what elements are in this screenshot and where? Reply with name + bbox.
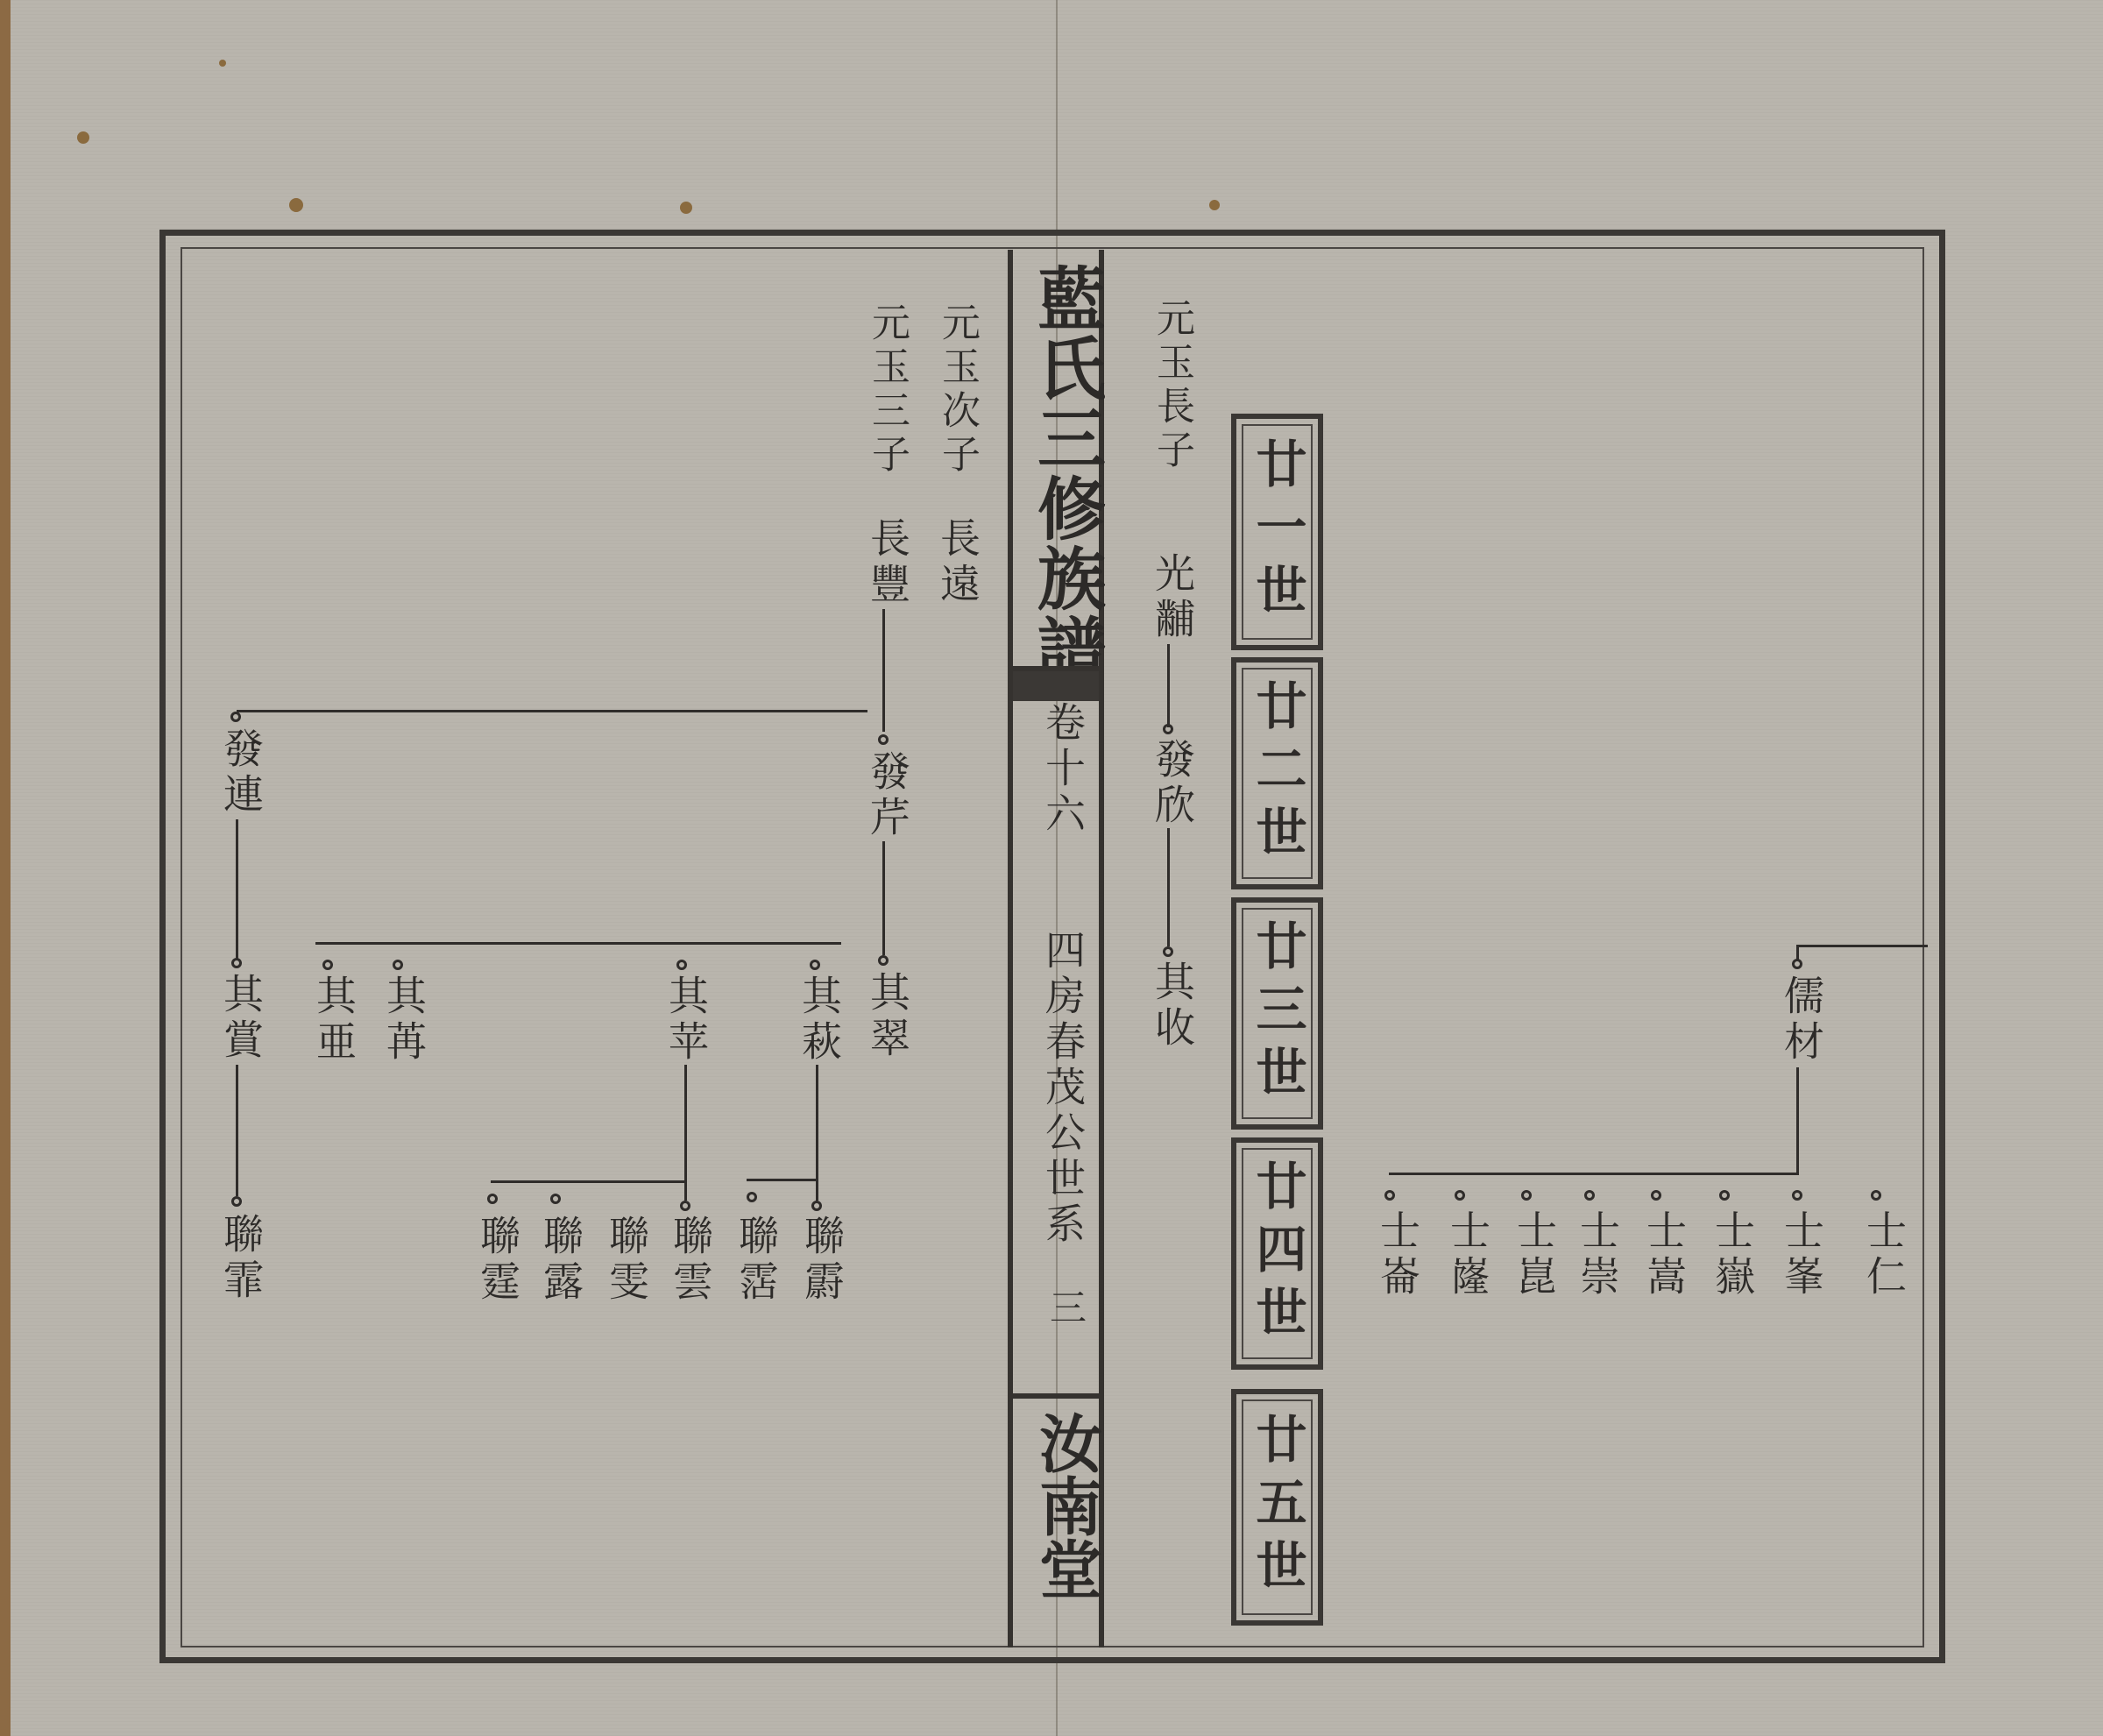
node-marker xyxy=(230,712,241,722)
node-marker xyxy=(1163,724,1173,734)
person-name: 其翠 xyxy=(859,971,917,1062)
node-marker xyxy=(878,955,889,966)
node-marker xyxy=(747,1192,757,1202)
person-name: 發連 xyxy=(212,727,270,818)
person-name: 聯霨 xyxy=(793,1215,851,1306)
node-marker xyxy=(231,958,242,968)
generation-label: 廿一世 xyxy=(1241,437,1314,627)
generation-label: 廿三世 xyxy=(1241,919,1314,1109)
node-marker xyxy=(231,1196,242,1207)
generation-label: 廿二世 xyxy=(1241,679,1314,868)
generation-box: 廿一世 xyxy=(1231,414,1323,650)
connector-line xyxy=(1796,945,1928,947)
connector-line xyxy=(1167,644,1170,727)
node-marker xyxy=(487,1194,498,1204)
person-name: 長豐 xyxy=(859,517,917,608)
hall-name: 汝南堂 xyxy=(1020,1411,1111,1600)
person-name: 士崇 xyxy=(1568,1209,1626,1300)
person-name: 士嵩 xyxy=(1635,1209,1693,1300)
person-name: 其亜 xyxy=(305,974,363,1066)
person-name: 聯霑 xyxy=(727,1215,785,1306)
generation-label: 廿四世 xyxy=(1241,1159,1314,1349)
person-name: 聯霆 xyxy=(469,1215,527,1306)
lineage-note: 元玉次子 xyxy=(929,302,985,478)
node-marker xyxy=(1521,1190,1532,1201)
connector-line xyxy=(882,841,885,955)
person-name: 其賞 xyxy=(212,973,270,1064)
node-marker xyxy=(1792,959,1802,969)
book-title: 藍氏三修族譜 xyxy=(1016,263,1115,684)
lineage-note: 元玉長子 xyxy=(1144,298,1200,473)
generation-box: 廿四世 xyxy=(1231,1137,1323,1370)
person-name: 發欣 xyxy=(1144,738,1201,829)
stain-spot xyxy=(219,60,226,67)
connector-line xyxy=(1167,828,1170,946)
person-name: 儒材 xyxy=(1773,974,1830,1066)
person-name: 聯雲 xyxy=(662,1215,719,1306)
connector-line xyxy=(315,942,841,945)
person-name: 長遠 xyxy=(929,517,987,608)
connector-line xyxy=(237,710,867,712)
connector-line xyxy=(1389,1173,1799,1175)
node-marker xyxy=(878,734,889,745)
node-marker xyxy=(1384,1190,1395,1201)
node-marker xyxy=(1651,1190,1661,1201)
node-marker xyxy=(1455,1190,1465,1201)
connector-line xyxy=(236,819,238,960)
person-name: 其萩 xyxy=(790,974,848,1066)
lineage-note: 元玉三子 xyxy=(859,302,915,478)
stain-spot xyxy=(77,131,89,144)
stain-spot xyxy=(680,202,692,214)
person-name: 其苒 xyxy=(375,974,433,1066)
node-marker xyxy=(1584,1190,1595,1201)
node-marker xyxy=(811,1201,822,1211)
fishtail-band xyxy=(1013,671,1099,701)
section-label: 四房春茂公世系 xyxy=(1034,929,1092,1248)
volume-label: 卷十六 xyxy=(1034,701,1092,838)
connector-line xyxy=(236,1065,238,1196)
person-name: 聯霏 xyxy=(212,1213,270,1304)
node-marker xyxy=(1792,1190,1802,1201)
node-marker xyxy=(393,960,403,970)
node-marker xyxy=(810,960,820,970)
stain-spot xyxy=(289,198,303,212)
node-marker xyxy=(676,960,687,970)
node-marker xyxy=(1719,1190,1730,1201)
generation-box: 廿三世 xyxy=(1231,897,1323,1130)
person-name: 士崙 xyxy=(1369,1209,1427,1300)
page-number: 三 xyxy=(1039,1288,1092,1330)
connector-line xyxy=(882,609,885,732)
person-name: 聯雯 xyxy=(598,1215,655,1306)
generation-box: 廿二世 xyxy=(1231,657,1323,889)
stain-spot xyxy=(1209,200,1220,210)
person-name: 其收 xyxy=(1144,960,1201,1052)
generation-label: 廿五世 xyxy=(1241,1413,1314,1602)
spine-divider xyxy=(1013,1393,1099,1399)
generation-box: 廿五世 xyxy=(1231,1389,1323,1626)
node-marker xyxy=(1871,1190,1881,1201)
node-marker xyxy=(322,960,333,970)
person-name: 士峯 xyxy=(1773,1209,1830,1300)
person-name: 光黼 xyxy=(1144,552,1201,643)
person-name: 聯露 xyxy=(532,1215,590,1306)
connector-line xyxy=(1796,1067,1799,1173)
person-name: 士嶐 xyxy=(1439,1209,1497,1300)
node-marker xyxy=(1163,946,1173,957)
person-name: 士仁 xyxy=(1855,1209,1913,1300)
person-name: 士嶽 xyxy=(1703,1209,1761,1300)
node-marker xyxy=(550,1194,561,1204)
connector-line xyxy=(747,1179,817,1181)
person-name: 士崑 xyxy=(1505,1209,1563,1300)
connector-line xyxy=(491,1180,685,1183)
person-name: 發芹 xyxy=(859,750,917,841)
person-name: 其苹 xyxy=(657,974,715,1066)
node-marker xyxy=(680,1201,690,1211)
